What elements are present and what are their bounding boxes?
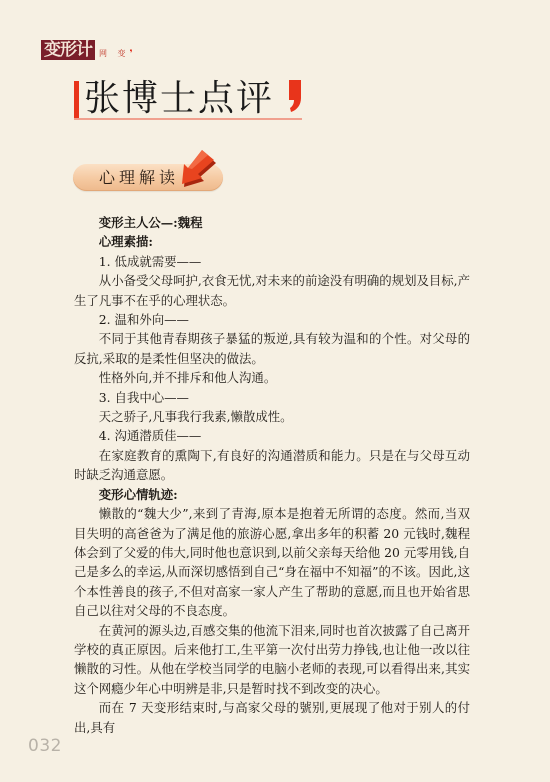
section-label: 心理解读 [99,168,179,188]
logo-subtitle-text: 网 变 [99,49,130,58]
body-paragraph: 性格外向,并不排斥和他人沟通。 [74,368,470,387]
list-item-heading: 3. 自我中心—— [74,388,470,407]
body-paragraph: 从小备受父母呵护,衣食无忧,对未来的前途没有明确的规划及目标,产生了凡事不在乎的… [74,271,470,310]
body-paragraph: 不同于其他青春期孩子暴猛的叛逆,具有较为温和的个性。对父母的反抗,采取的是柔性但… [74,329,470,368]
title-comma-icon [288,80,302,112]
logo-mark: 变形计 [41,40,95,60]
logo-comma-icon: ❜ [130,49,133,59]
article-body: 变形主人公—:魏程心理素描:1. 低成就需要——从小备受父母呵护,衣食无忧,对未… [74,213,470,737]
section-subheading: 心理素描: [74,232,470,251]
title-accent-bar [74,81,79,119]
body-paragraph: 天之骄子,凡事我行我素,懒散成性。 [74,407,470,426]
list-item-heading: 2. 温和外向—— [74,310,470,329]
body-paragraph: 在家庭教育的熏陶下,有良好的沟通潜质和能力。只是在与父母互动时缺乏沟通意愿。 [74,446,470,485]
title-underline [74,118,302,120]
series-logo: 变形计 网 变❜ [41,40,133,60]
section-subheading: 变形心情轨迹: [74,485,470,504]
body-paragraph: 懒散的“魏大少”,来到了青海,原本是抱着无所谓的态度。然而,当双目失明的高爸爸为… [74,504,470,620]
section-subheading: 变形主人公—:魏程 [74,213,470,232]
body-paragraph: 而在 7 天变形结束时,与高家父母的號别,更展现了他对于别人的付出,具有 [74,698,470,737]
list-item-heading: 1. 低成就需要—— [74,252,470,271]
body-paragraph: 在黄河的源头边,百感交集的他流下泪来,同时也首次披露了自己离开学校的真正原因。后… [74,621,470,699]
page-title: 张博士点评 [84,77,274,121]
arrow-down-left-icon [176,148,218,188]
list-item-heading: 4. 沟通潜质佳—— [74,426,470,445]
page-number: 032 [28,736,62,756]
logo-subtitle: 网 变❜ [99,48,133,59]
